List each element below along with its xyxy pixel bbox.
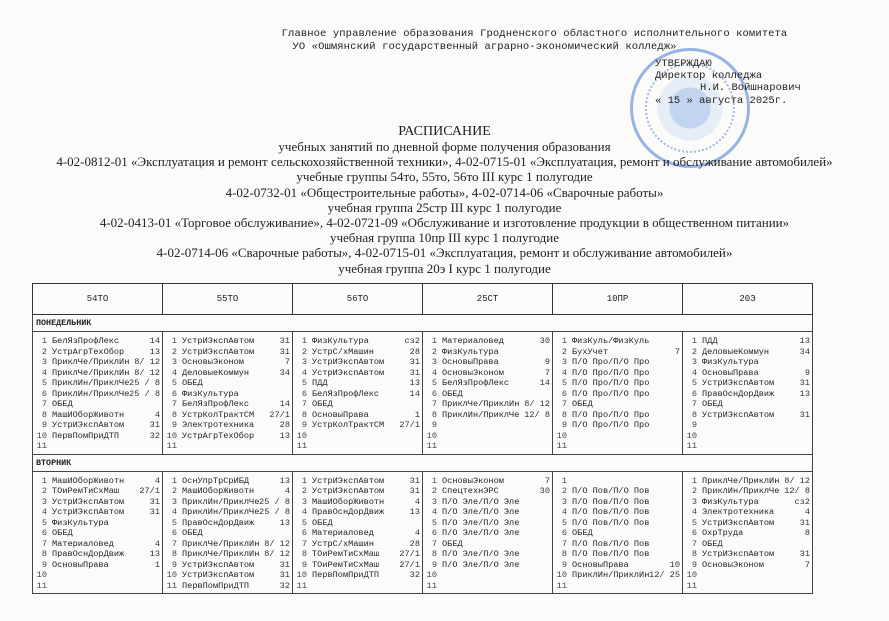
- lesson-number: 7: [34, 539, 47, 550]
- lesson-item: 3ОсновыЭконом7: [163, 357, 292, 368]
- lesson-subject: ФизКультура: [702, 357, 788, 368]
- lesson-number: 4: [424, 368, 437, 379]
- lesson-item: 8ПриклЧе/ПриклИн8/ 12: [163, 549, 292, 560]
- lesson-subject: БелЯзПрофЛекс: [52, 336, 138, 347]
- lesson-item: 2ТОиРемТиСхМаш27/1: [33, 486, 162, 497]
- lesson-number: 3: [164, 357, 177, 368]
- lesson-item: 8П/О Эле/П/О Эле: [423, 549, 552, 560]
- lesson-room: [658, 581, 680, 592]
- lesson-number: 2: [34, 486, 47, 497]
- lesson-subject: [442, 570, 528, 581]
- lesson-room: [658, 476, 680, 487]
- lesson-subject: [572, 581, 658, 592]
- lesson-number: 10: [294, 570, 307, 581]
- lesson-subject: П/О Пов/П/О Пов: [572, 518, 658, 529]
- lesson-item: 11: [33, 581, 162, 592]
- lesson-number: 10: [34, 431, 47, 442]
- lesson-number: 6: [294, 528, 307, 539]
- lesson-item: 5П/О Про/П/О Про: [553, 378, 682, 389]
- lesson-number: 3: [34, 357, 47, 368]
- lesson-item: 4П/О Про/П/О Про: [553, 368, 682, 379]
- lesson-number: 4: [684, 507, 697, 518]
- lesson-number: 6: [554, 389, 567, 400]
- lesson-number: 5: [684, 518, 697, 529]
- lesson-item: 3УстрИЭкспАвтом31: [33, 497, 162, 508]
- lesson-item: 11: [553, 581, 682, 592]
- lesson-item: 9Электротехника28: [163, 420, 292, 431]
- lesson-item: 3П/О Эле/П/О Эле: [423, 497, 552, 508]
- lesson-item: 6Материаловед4: [293, 528, 422, 539]
- lesson-subject: ДеловыеКоммун: [182, 368, 268, 379]
- lesson-subject: [702, 431, 788, 442]
- lesson-number: 1: [34, 336, 47, 347]
- lesson-item: 2П/О Пов/П/О Пов: [553, 486, 682, 497]
- lesson-room: 12/ 8: [784, 486, 810, 497]
- lesson-number: 4: [554, 368, 567, 379]
- lesson-subject: П/О Эле/П/О Эле: [442, 497, 528, 508]
- lesson-number: 3: [684, 497, 697, 508]
- lesson-item: 2УстрАгрТехОбор13: [33, 347, 162, 358]
- lesson-subject: УстрИЭкспАвтом: [702, 378, 788, 389]
- lesson-room: [528, 441, 550, 452]
- lesson-subject: ФизКуль/ФизКуль: [572, 336, 658, 347]
- lesson-item: 7ПриклЧе/ПриклИн8/ 12: [163, 539, 292, 550]
- lesson-item: 4ПриклЧе/ПриклИн8/ 12: [33, 368, 162, 379]
- lesson-item: 8ОсновыПрава1: [293, 410, 422, 421]
- lesson-subject: ПравОснДорДвиж: [52, 549, 138, 560]
- lesson-room: 27/1: [138, 486, 160, 497]
- lesson-subject: УстрИЭкспАвтом: [312, 357, 398, 368]
- group-header-row: 54ТО55ТО56ТО25СТ10ПР20Э: [33, 284, 813, 315]
- lesson-number: 1: [294, 336, 307, 347]
- lesson-subject: ПриклЧе/ПриклИн: [52, 368, 134, 379]
- lesson-subject: ФизКультура: [182, 389, 268, 400]
- lesson-item: 9УстрКолТрактСМ27/1: [293, 420, 422, 431]
- lesson-room: 31: [788, 378, 810, 389]
- day-name: ПОНЕДЕЛЬНИК: [33, 315, 813, 332]
- lesson-item: 6П/О Эле/П/О Эле: [423, 528, 552, 539]
- lesson-number: 11: [424, 581, 437, 592]
- lesson-item: 5БелЯзПрофЛекс14: [423, 378, 552, 389]
- lesson-room: [658, 420, 680, 431]
- lesson-number: 11: [554, 441, 567, 452]
- lesson-subject: ТОиРемТиСхМаш: [312, 549, 398, 560]
- lesson-room: [788, 441, 810, 452]
- lesson-subject: ОБЕД: [572, 399, 658, 410]
- lesson-room: [398, 399, 420, 410]
- lesson-item: 8ТОиРемТиСхМаш27/1: [293, 549, 422, 560]
- approval-position: Директор колледжа: [655, 70, 762, 82]
- group-day-cell: 1Материаловед302ФизКультура3ОсновыПрава9…: [423, 332, 553, 455]
- lesson-item: 6ОБЕД: [553, 528, 682, 539]
- lesson-item: 10ПервПомПриДТП32: [33, 431, 162, 442]
- lesson-item: 9П/О Эле/П/О Эле: [423, 560, 552, 571]
- lesson-item: 1ФизКультурасз2: [293, 336, 422, 347]
- lesson-item: 6ФизКультура: [163, 389, 292, 400]
- lesson-number: 10: [424, 431, 437, 442]
- lesson-room: 25 / 8: [129, 389, 160, 400]
- lesson-room: 31: [138, 497, 160, 508]
- lesson-room: 31: [788, 549, 810, 560]
- lesson-number: 6: [554, 528, 567, 539]
- lesson-room: 13: [138, 549, 160, 560]
- lesson-item: 11: [423, 581, 552, 592]
- lesson-subject: УстрИЭкспАвтом: [182, 347, 268, 358]
- lesson-item: 10: [683, 570, 812, 581]
- lesson-room: 28: [268, 420, 290, 431]
- lesson-subject: МашИОборЖивотн: [312, 497, 398, 508]
- lesson-item: 4ПриклИн/ПриклЧе25 / 8: [163, 507, 292, 518]
- lesson-room: [138, 441, 160, 452]
- lesson-item: 1ПДД13: [683, 336, 812, 347]
- lesson-item: 3ПриклЧе/ПриклИн8/ 12: [33, 357, 162, 368]
- lesson-number: 9: [424, 420, 437, 431]
- lesson-number: 9: [34, 420, 47, 431]
- lesson-item: 6ОхрТруда8: [683, 528, 812, 539]
- lesson-item: 10: [423, 570, 552, 581]
- lesson-room: 4: [138, 410, 160, 421]
- lesson-number: 1: [424, 336, 437, 347]
- org-line-1: Главное управление образования Гродненск…: [90, 28, 889, 40]
- lesson-subject: П/О Пов/П/О Пов: [572, 549, 658, 560]
- lesson-subject: УстрИЭкспАвтом: [52, 507, 138, 518]
- lesson-room: 31: [398, 357, 420, 368]
- lesson-subject: [52, 570, 138, 581]
- lesson-subject: ОБЕД: [182, 378, 268, 389]
- lesson-number: 11: [294, 441, 307, 452]
- lesson-subject: [572, 476, 658, 487]
- approval-heading: УТВЕРЖДАЮ: [655, 58, 712, 70]
- lesson-subject: [702, 581, 788, 592]
- title-line: 4-02-0732-01 «Общестроительные работы», …: [0, 185, 889, 201]
- lesson-item: 5ОБЕД: [163, 378, 292, 389]
- lesson-item: 3ПриклИн/ПриклЧе25 / 8: [163, 497, 292, 508]
- lesson-room: [788, 420, 810, 431]
- lesson-subject: ОБЕД: [702, 399, 788, 410]
- lesson-number: 6: [294, 389, 307, 400]
- lesson-number: 2: [684, 347, 697, 358]
- lesson-subject: ОсновыЭконом: [702, 560, 788, 571]
- lesson-item: 2ФизКультура: [423, 347, 552, 358]
- lesson-item: 9УстрИЭкспАвтом31: [33, 420, 162, 431]
- lesson-room: [528, 420, 550, 431]
- lesson-room: [658, 518, 680, 529]
- lesson-item: 4ОсновыЭконом7: [423, 368, 552, 379]
- lesson-number: 8: [554, 410, 567, 421]
- lesson-item: 1ФизКуль/ФизКуль: [553, 336, 682, 347]
- lesson-room: 14: [268, 399, 290, 410]
- lesson-room: 13: [398, 378, 420, 389]
- group-day-cell: 1ПДД132ДеловыеКоммун343ФизКультура4Основ…: [683, 332, 813, 455]
- lesson-number: 1: [34, 476, 47, 487]
- lesson-room: 30: [528, 336, 550, 347]
- lesson-number: 9: [554, 420, 567, 431]
- lesson-room: 31: [268, 347, 290, 358]
- lesson-number: 11: [684, 581, 697, 592]
- org-line-2: УО «Ошмянский государственный аграрно-эк…: [40, 41, 889, 53]
- lesson-room: 31: [268, 336, 290, 347]
- lesson-item: 1: [553, 476, 682, 487]
- lesson-number: 9: [34, 560, 47, 571]
- lesson-number: 3: [424, 357, 437, 368]
- lesson-room: 13: [788, 389, 810, 400]
- lesson-room: [528, 528, 550, 539]
- lesson-room: 7: [528, 368, 550, 379]
- lesson-room: [788, 431, 810, 442]
- lesson-item: 7ОБЕД: [683, 399, 812, 410]
- lesson-room: [268, 378, 290, 389]
- lesson-room: 4: [788, 507, 810, 518]
- lesson-number: 1: [554, 476, 567, 487]
- lesson-subject: ФизКультура: [52, 518, 138, 529]
- lesson-number: 1: [164, 336, 177, 347]
- lesson-subject: П/О Эле/П/О Эле: [442, 528, 528, 539]
- lesson-room: [788, 581, 810, 592]
- lesson-item: 11: [683, 441, 812, 452]
- lesson-number: 5: [684, 378, 697, 389]
- lesson-subject: ОБЕД: [52, 399, 138, 410]
- lesson-subject: Электротехника: [182, 420, 268, 431]
- lesson-number: 6: [424, 528, 437, 539]
- lesson-number: 6: [684, 389, 697, 400]
- title-line: учебная группа 25стр III курс 1 полугоди…: [0, 200, 889, 216]
- lesson-room: [658, 486, 680, 497]
- lesson-number: 9: [164, 560, 177, 571]
- lesson-subject: П/О Пов/П/О Пов: [572, 486, 658, 497]
- lesson-number: 2: [164, 347, 177, 358]
- lesson-item: 5ПДД13: [293, 378, 422, 389]
- group-day-cell: 1ФизКультурасз22УстрС/хМашин283УстрИЭксп…: [293, 332, 423, 455]
- lesson-subject: ПриклЧе/ПриклИн: [182, 549, 264, 560]
- lesson-number: 2: [424, 347, 437, 358]
- lesson-item: 1УстрИЭкспАвтом31: [293, 476, 422, 487]
- lesson-number: 11: [34, 581, 47, 592]
- lesson-subject: БухУчет: [572, 347, 658, 358]
- lesson-number: 6: [424, 389, 437, 400]
- lesson-room: 1: [398, 410, 420, 421]
- lesson-room: 7: [528, 476, 550, 487]
- lesson-room: [658, 528, 680, 539]
- lesson-room: 4: [268, 486, 290, 497]
- lesson-item: 4П/О Пов/П/О Пов: [553, 507, 682, 518]
- lesson-item: 5П/О Эле/П/О Эле: [423, 518, 552, 529]
- lesson-item: 1УстрИЭкспАвтом31: [163, 336, 292, 347]
- lesson-item: 11: [293, 581, 422, 592]
- lesson-number: 5: [34, 378, 47, 389]
- lesson-item: 7ОБЕД: [423, 539, 552, 550]
- group-day-cell: 12П/О Пов/П/О Пов3П/О Пов/П/О Пов4П/О По…: [553, 471, 683, 594]
- lesson-room: [528, 518, 550, 529]
- lesson-room: 28: [398, 539, 420, 550]
- lesson-subject: МашИОборЖивотн: [182, 486, 268, 497]
- lesson-number: 5: [424, 378, 437, 389]
- lesson-room: сз2: [788, 497, 810, 508]
- lesson-item: 10: [553, 431, 682, 442]
- lesson-item: 6ОБЕД: [423, 389, 552, 400]
- lesson-item: 5ПриклИн/ПриклЧе25 / 8: [33, 378, 162, 389]
- lesson-subject: ОБЕД: [442, 539, 528, 550]
- lesson-item: 1БелЯзПрофЛекс14: [33, 336, 162, 347]
- lesson-subject: П/О Пов/П/О Пов: [572, 539, 658, 550]
- lesson-subject: СпецтехнЭРС: [442, 486, 528, 497]
- lesson-subject: П/О Эле/П/О Эле: [442, 560, 528, 571]
- lesson-room: [528, 431, 550, 442]
- lesson-room: 25 / 8: [259, 497, 290, 508]
- lesson-number: 11: [684, 441, 697, 452]
- lesson-number: 1: [684, 336, 697, 347]
- lesson-number: 9: [294, 420, 307, 431]
- lesson-subject: БелЯзПрофЛекс: [442, 378, 528, 389]
- lesson-room: [528, 347, 550, 358]
- lesson-subject: УстрС/хМашин: [312, 539, 398, 550]
- lesson-item: 3ОсновыПрава9: [423, 357, 552, 368]
- group-day-cell: 1ОсновыЭконом72СпецтехнЭРС303П/О Эле/П/О…: [423, 471, 553, 594]
- lesson-item: 1ОсновыЭконом7: [423, 476, 552, 487]
- lesson-room: 9: [528, 357, 550, 368]
- lesson-number: 11: [424, 441, 437, 452]
- lesson-item: 4УстрИЭкспАвтом31: [293, 368, 422, 379]
- lesson-number: 6: [164, 528, 177, 539]
- lesson-room: [658, 378, 680, 389]
- lesson-subject: БелЯзПрофЛекс: [182, 399, 268, 410]
- lesson-item: 2УстрИЭкспАвтом31: [293, 486, 422, 497]
- lesson-room: 13: [268, 518, 290, 529]
- lesson-room: [658, 549, 680, 560]
- title-line: учебная группа 20э I курс 1 полугодие: [0, 261, 889, 277]
- lesson-number: 9: [554, 560, 567, 571]
- lesson-room: 14: [138, 336, 160, 347]
- lesson-number: 3: [294, 357, 307, 368]
- lesson-item: 4ОсновыПрава9: [683, 368, 812, 379]
- lesson-room: 1: [138, 560, 160, 571]
- lesson-subject: ТОиРемТиСхМаш: [52, 486, 138, 497]
- lesson-number: 9: [684, 560, 697, 571]
- lesson-number: 10: [684, 570, 697, 581]
- lesson-subject: ПервПомПриДТП: [52, 431, 138, 442]
- lesson-item: 4Электротехника4: [683, 507, 812, 518]
- lesson-item: 9: [423, 420, 552, 431]
- lesson-item: 6ОБЕД: [33, 528, 162, 539]
- lesson-room: 8/ 12: [784, 476, 810, 487]
- lesson-room: [138, 528, 160, 539]
- lesson-number: 5: [554, 518, 567, 529]
- lesson-subject: П/О Про/П/О Про: [572, 378, 658, 389]
- lesson-room: [658, 497, 680, 508]
- lesson-room: 4: [138, 476, 160, 487]
- lesson-subject: П/О Про/П/О Про: [572, 389, 658, 400]
- lesson-room: [788, 357, 810, 368]
- lesson-item: 5УстрИЭкспАвтом31: [683, 518, 812, 529]
- group-header: 56ТО: [293, 284, 423, 315]
- lesson-room: [398, 518, 420, 529]
- day-row: ВТОРНИК: [33, 454, 813, 471]
- lesson-number: 1: [554, 336, 567, 347]
- lesson-item: 9УстрИЭкспАвтом31: [163, 560, 292, 571]
- title-line: учебные группы 54то, 55то, 56то III курс…: [0, 169, 889, 185]
- group-day-cell: 1УстрИЭкспАвтом312УстрИЭкспАвтом313Основ…: [163, 332, 293, 455]
- lesson-room: [658, 368, 680, 379]
- lesson-number: 7: [294, 399, 307, 410]
- lesson-number: 10: [424, 570, 437, 581]
- lesson-subject: ОБЕД: [52, 528, 138, 539]
- lesson-item: 7Материаловед4: [33, 539, 162, 550]
- lesson-room: [658, 389, 680, 400]
- lesson-number: 9: [684, 420, 697, 431]
- title-line: 4-02-0714-06 «Сварочные работы», 4-02-07…: [0, 245, 889, 261]
- lesson-number: 4: [424, 507, 437, 518]
- lesson-number: 2: [294, 486, 307, 497]
- lesson-number: 5: [34, 518, 47, 529]
- lesson-room: 32: [398, 570, 420, 581]
- lesson-room: 13: [268, 431, 290, 442]
- lesson-room: [138, 518, 160, 529]
- lesson-room: [138, 399, 160, 410]
- lesson-subject: ОБЕД: [182, 528, 268, 539]
- lesson-subject: Материаловед: [312, 528, 398, 539]
- lesson-room: 12/ 8: [524, 410, 550, 421]
- lesson-item: 9ОсновыПрава10: [553, 560, 682, 571]
- group-header: 10ПР: [553, 284, 683, 315]
- lesson-subject: ПриклИн/ПриклЧе: [182, 507, 259, 518]
- lesson-subject: ОБЕД: [312, 518, 398, 529]
- lesson-room: 8/ 12: [264, 539, 290, 550]
- lesson-subject: ПриклЧе/ПриклИн: [702, 476, 784, 487]
- lesson-item: 3П/О Про/П/О Про: [553, 357, 682, 368]
- lesson-subject: УстрИЭкспАвтом: [182, 336, 268, 347]
- lesson-number: 3: [554, 497, 567, 508]
- lesson-room: [268, 441, 290, 452]
- lesson-subject: ПриклЧе/ПриклИн: [52, 357, 134, 368]
- lesson-item: 7ПриклЧе/ПриклИн8/ 12: [423, 399, 552, 410]
- lesson-number: 4: [294, 507, 307, 518]
- lesson-number: 1: [684, 476, 697, 487]
- lesson-subject: ФизКультура: [702, 497, 788, 508]
- lesson-item: 4П/О Эле/П/О Эле: [423, 507, 552, 518]
- lesson-item: 7ОБЕД: [33, 399, 162, 410]
- lesson-number: 8: [424, 549, 437, 560]
- lesson-subject: П/О Пов/П/О Пов: [572, 507, 658, 518]
- title-line: 4-02-0812-01 «Эксплуатация и ремонт сель…: [0, 154, 889, 170]
- lesson-item: 10: [33, 570, 162, 581]
- lesson-number: 10: [164, 570, 177, 581]
- lesson-number: 5: [424, 518, 437, 529]
- lesson-number: 2: [294, 347, 307, 358]
- lesson-subject: П/О Про/П/О Про: [572, 368, 658, 379]
- lesson-number: 11: [164, 441, 177, 452]
- lesson-item: 7ОБЕД: [293, 399, 422, 410]
- lesson-number: 6: [34, 389, 47, 400]
- lesson-number: 4: [34, 368, 47, 379]
- lesson-room: 31: [398, 486, 420, 497]
- lesson-item: 11: [423, 441, 552, 452]
- lesson-number: 6: [34, 528, 47, 539]
- lesson-subject: ПравОснДорДвиж: [312, 507, 398, 518]
- lesson-subject: ПриклИн/ПриклЧе: [702, 486, 784, 497]
- lesson-number: 9: [424, 560, 437, 571]
- lesson-subject: ОсновыЭконом: [182, 357, 268, 368]
- lesson-room: 27/1: [268, 410, 290, 421]
- lesson-item: 10: [423, 431, 552, 442]
- lesson-subject: [442, 581, 528, 592]
- lesson-subject: ОБЕД: [312, 399, 398, 410]
- lesson-item: 10: [683, 431, 812, 442]
- lesson-room: [788, 399, 810, 410]
- lesson-number: 8: [164, 410, 177, 421]
- lesson-number: 4: [34, 507, 47, 518]
- lesson-subject: МашИОборЖивотн: [52, 410, 138, 421]
- lesson-subject: П/О Про/П/О Про: [572, 410, 658, 421]
- lesson-number: 11: [34, 441, 47, 452]
